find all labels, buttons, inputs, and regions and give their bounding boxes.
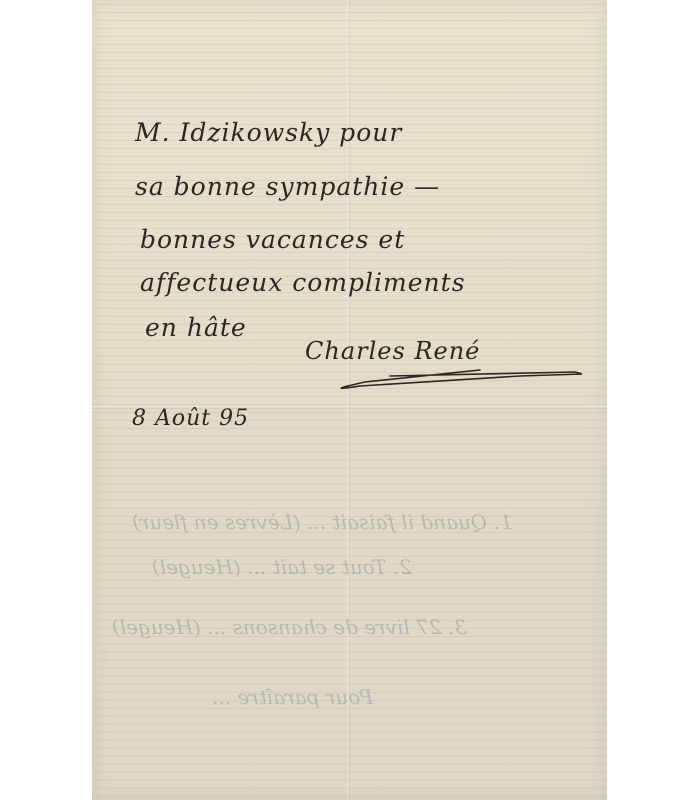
- letter-line-3: bonnes vacances et: [140, 225, 405, 254]
- bleed-through-text: 3. 27 livre de chansons ... (Heugel): [112, 615, 467, 639]
- letter-line-5: en hâte: [145, 313, 247, 342]
- letter-line-2: sa bonne sympathie —: [135, 172, 440, 201]
- bleed-through-text: 2. Tout se tait ... (Heugel): [152, 555, 412, 579]
- letter-line-1: M. Idzikowsky pour: [135, 118, 402, 147]
- letter-date: 8 Août 95: [132, 406, 249, 431]
- letter-line-4: affectueux compliments: [140, 268, 466, 297]
- bleed-through-text: Pour paraître ...: [212, 685, 373, 709]
- bleed-through-text: 1. Quand il faisait ... (Lèvres en fleur…: [132, 510, 513, 534]
- signature-flourish: [320, 368, 582, 396]
- signature: Charles René: [305, 337, 480, 365]
